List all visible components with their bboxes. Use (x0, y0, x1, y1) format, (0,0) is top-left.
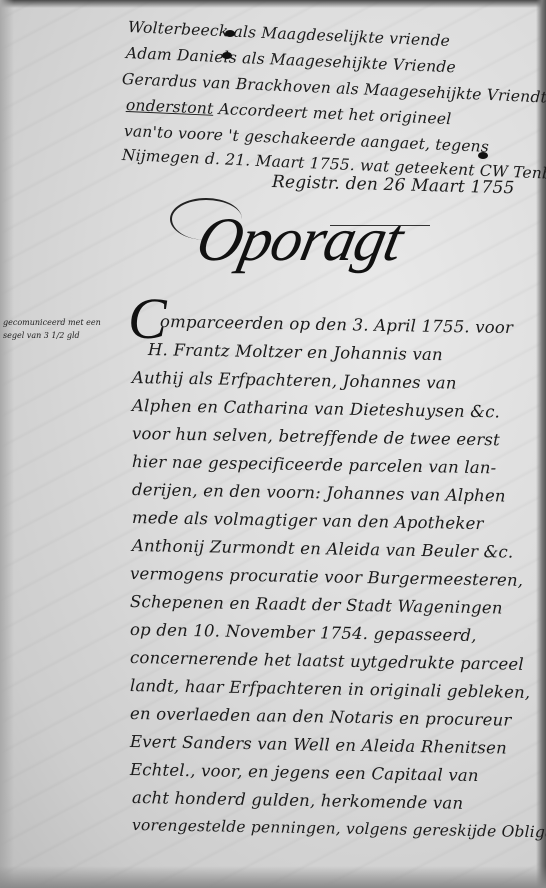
main-line-7: derijen, en den voorn: Johannes van Alph… (132, 480, 506, 506)
ink-blot (225, 30, 235, 37)
main-line-4: Alphen en Catharina van Dieteshuysen &c. (132, 396, 500, 421)
main-line-15: en overlaeden aan den Notaris en procure… (130, 704, 512, 730)
main-line-11: Schepenen en Raadt der Stadt Wageningen (130, 592, 503, 618)
document-page: Wolterbeeck als Maagdeselijkte vriende A… (0, 0, 546, 888)
main-line-6: hier nae gespecificeerde parcelen van la… (132, 452, 497, 477)
main-line-18: acht honderd gulden, herkomende van (132, 788, 464, 813)
upper-line-4-rest: Accordeert met het origineel (218, 100, 452, 128)
main-line-17: Echtel., voor, en jegens een Capitaal va… (130, 760, 479, 785)
main-line-5: voor hun selven, betreffende de twee eer… (132, 424, 500, 449)
ink-blot (478, 152, 488, 159)
main-line-10: vermogens procuratie voor Burgermeestere… (130, 564, 524, 590)
main-line-8: mede als volmagtiger van den Apotheker (132, 508, 484, 533)
bottom-edge-shadow (0, 866, 546, 888)
main-line-19: vorengestelde penningen, volgens gereski… (132, 816, 546, 842)
underlined-word: onderstont (126, 96, 214, 118)
heading-stroke (330, 225, 430, 226)
main-line-16: Evert Sanders van Well en Aleida Rhenits… (130, 732, 507, 758)
margin-note-line-1: gecomuniceerd met een (3, 318, 101, 327)
left-edge-shade (0, 0, 14, 888)
main-line-13: concernerende het laatst uytgedrukte par… (130, 648, 524, 674)
main-line-12: op den 10. November 1754. gepasseerd, (130, 620, 477, 645)
ink-blot (222, 52, 232, 59)
main-line-9: Anthonij Zurmondt en Aleida van Beuler &… (132, 536, 514, 562)
main-line-3: Authij als Erfpachteren, Johannes van (132, 368, 457, 393)
main-line-2: H. Frantz Moltzer en Johannis van (148, 340, 443, 364)
right-page-edge (536, 0, 546, 888)
main-line-14: landt, haar Erfpachteren in originali ge… (130, 676, 531, 702)
margin-note-line-2: segel van 3 1/2 gld (3, 331, 80, 340)
main-line-1: omparceerden op den 3. April 1755. voor (160, 312, 513, 337)
section-heading: Oporagt (190, 205, 408, 276)
top-edge-shadow (0, 0, 546, 8)
